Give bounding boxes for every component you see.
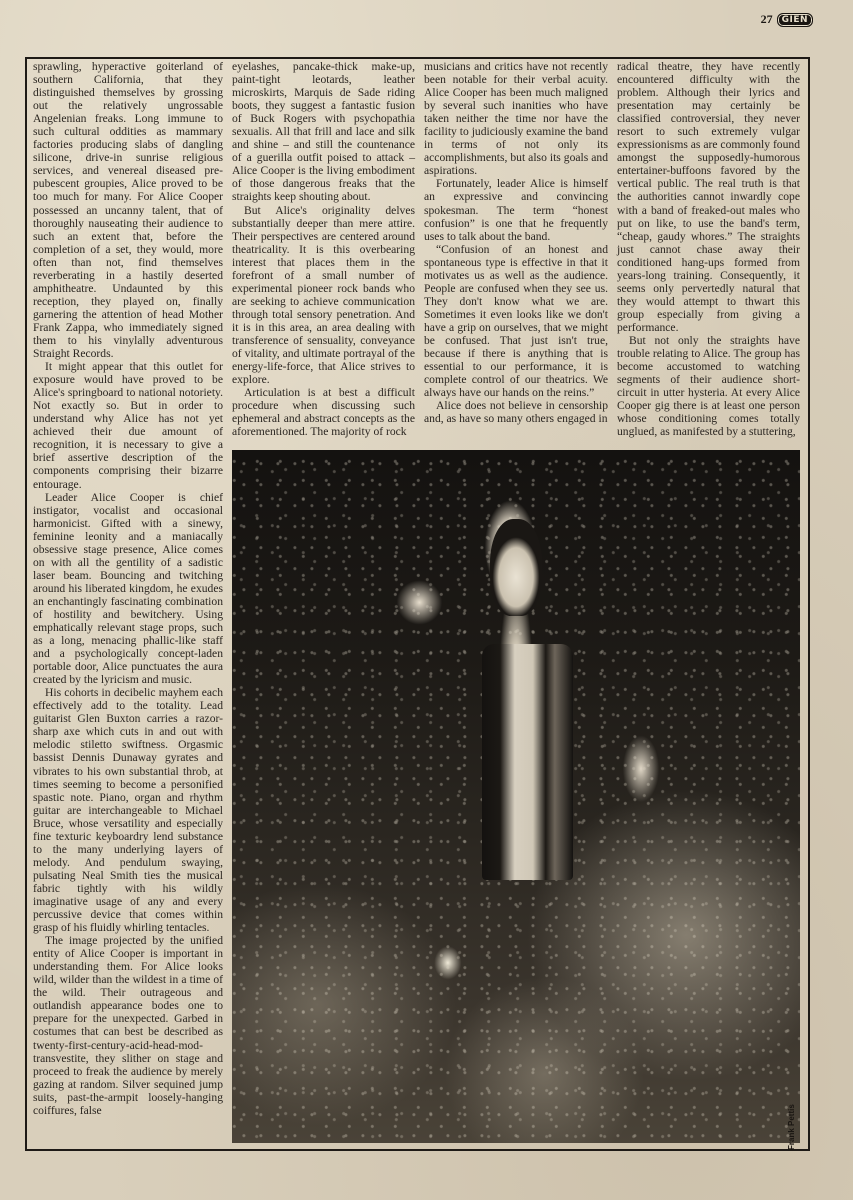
paragraph: Fortunately, leader Alice is himself an … [424,177,608,242]
paragraph: But Alice's originality delves substanti… [232,204,415,387]
performer-photo [232,450,800,1143]
paragraph: sprawling, hyperactive goiterland of sou… [33,60,223,360]
photo-figure-torso [482,644,573,880]
paragraph: Leader Alice Cooper is chief instigator,… [33,491,223,687]
paragraph: But not only the straights have trouble … [617,334,800,438]
paragraph: musicians and critics have not recently … [424,60,608,177]
paragraph: radical theatre, they have recently enco… [617,60,800,334]
photo-credit: Frank Pettis [787,1090,797,1150]
page-folio: 27 GIEN [761,12,813,27]
article-column-3: musicians and critics have not recently … [424,60,608,445]
article-column-1: sprawling, hyperactive goiterland of sou… [33,60,223,1145]
paragraph: Articulation is at best a difficult proc… [232,386,415,438]
article-column-4: radical theatre, they have recently enco… [617,60,800,445]
magazine-logo: GIEN [777,13,813,27]
page-number: 27 [761,12,773,27]
paragraph: It might appear that this outlet for exp… [33,360,223,490]
paragraph: “Confusion of an honest and spontaneous … [424,243,608,400]
article-column-2: eyelashes, pancake-thick make-up, paint-… [232,60,415,445]
paragraph: Alice does not believe in censorship and… [424,399,608,425]
photo-figure-head [490,519,541,616]
paragraph: eyelashes, pancake-thick make-up, paint-… [232,60,415,204]
paragraph: His cohorts in decibelic mayhem each eff… [33,686,223,934]
paragraph: The image projected by the unified entit… [33,934,223,1117]
